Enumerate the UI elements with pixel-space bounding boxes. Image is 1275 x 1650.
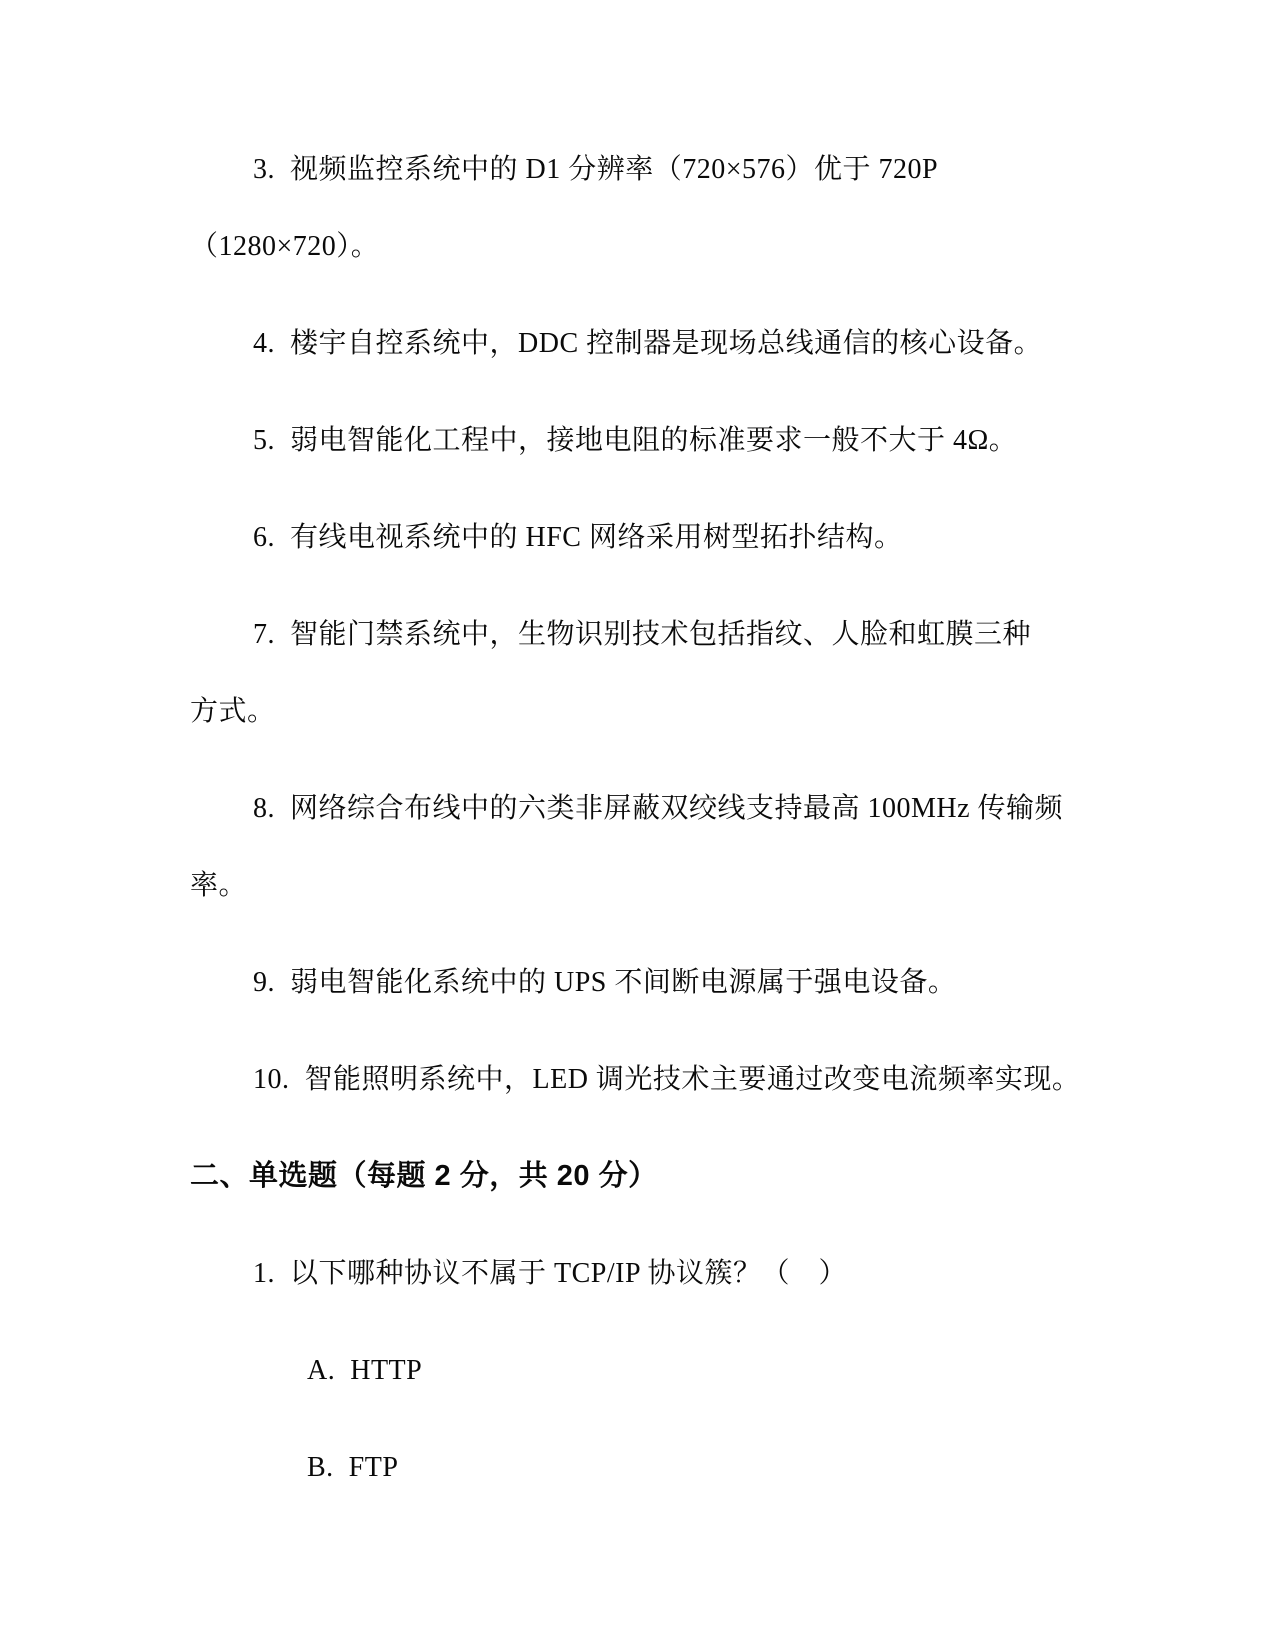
answer-option-text: A. HTTP: [190, 1332, 1090, 1409]
question-text-line: 率。: [190, 847, 1090, 924]
document-page: 3. 视频监控系统中的 D1 分辨率（720×576）优于 720P（1280×…: [0, 0, 1275, 1650]
question-paragraph: 4. 楼宇自控系统中，DDC 控制器是现场总线通信的核心设备。: [190, 305, 1090, 382]
question-text-line: 9. 弱电智能化系统中的 UPS 不间断电源属于强电设备。: [190, 944, 1090, 1021]
answer-option: B. FTP: [190, 1429, 1090, 1506]
question-paragraph: 6. 有线电视系统中的 HFC 网络采用树型拓扑结构。: [190, 499, 1090, 576]
question-paragraph: 1. 以下哪种协议不属于 TCP/IP 协议簇？（ ）: [190, 1235, 1090, 1312]
question-paragraph: 8. 网络综合布线中的六类非屏蔽双绞线支持最高 100MHz 传输频率。: [190, 770, 1090, 924]
question-paragraph: 9. 弱电智能化系统中的 UPS 不间断电源属于强电设备。: [190, 944, 1090, 1021]
question-text-line: 8. 网络综合布线中的六类非屏蔽双绞线支持最高 100MHz 传输频: [190, 770, 1090, 847]
question-text-line: 10. 智能照明系统中，LED 调光技术主要通过改变电流频率实现。: [190, 1041, 1090, 1118]
question-text-line: 7. 智能门禁系统中，生物识别技术包括指纹、人脸和虹膜三种: [190, 596, 1090, 673]
section-heading: 二、单选题（每题 2 分，共 20 分）: [190, 1138, 1090, 1215]
question-paragraph: 7. 智能门禁系统中，生物识别技术包括指纹、人脸和虹膜三种方式。: [190, 596, 1090, 750]
question-paragraph: 3. 视频监控系统中的 D1 分辨率（720×576）优于 720P（1280×…: [190, 131, 1090, 285]
question-paragraph: 5. 弱电智能化工程中，接地电阻的标准要求一般不大于 4Ω。: [190, 402, 1090, 479]
document-body: 3. 视频监控系统中的 D1 分辨率（720×576）优于 720P（1280×…: [190, 131, 1090, 1526]
section-heading-text: 二、单选题（每题 2 分，共 20 分）: [190, 1138, 1090, 1215]
question-text-line: 4. 楼宇自控系统中，DDC 控制器是现场总线通信的核心设备。: [190, 305, 1090, 382]
question-paragraph: 10. 智能照明系统中，LED 调光技术主要通过改变电流频率实现。: [190, 1041, 1090, 1118]
question-text-line: （1280×720）。: [190, 208, 1090, 285]
question-text-line: 3. 视频监控系统中的 D1 分辨率（720×576）优于 720P: [190, 131, 1090, 208]
question-text-line: 5. 弱电智能化工程中，接地电阻的标准要求一般不大于 4Ω。: [190, 402, 1090, 479]
answer-option: A. HTTP: [190, 1332, 1090, 1409]
answer-option-text: B. FTP: [190, 1429, 1090, 1506]
question-text-line: 方式。: [190, 673, 1090, 750]
question-text-line: 6. 有线电视系统中的 HFC 网络采用树型拓扑结构。: [190, 499, 1090, 576]
question-text-line: 1. 以下哪种协议不属于 TCP/IP 协议簇？（ ）: [190, 1235, 1090, 1312]
